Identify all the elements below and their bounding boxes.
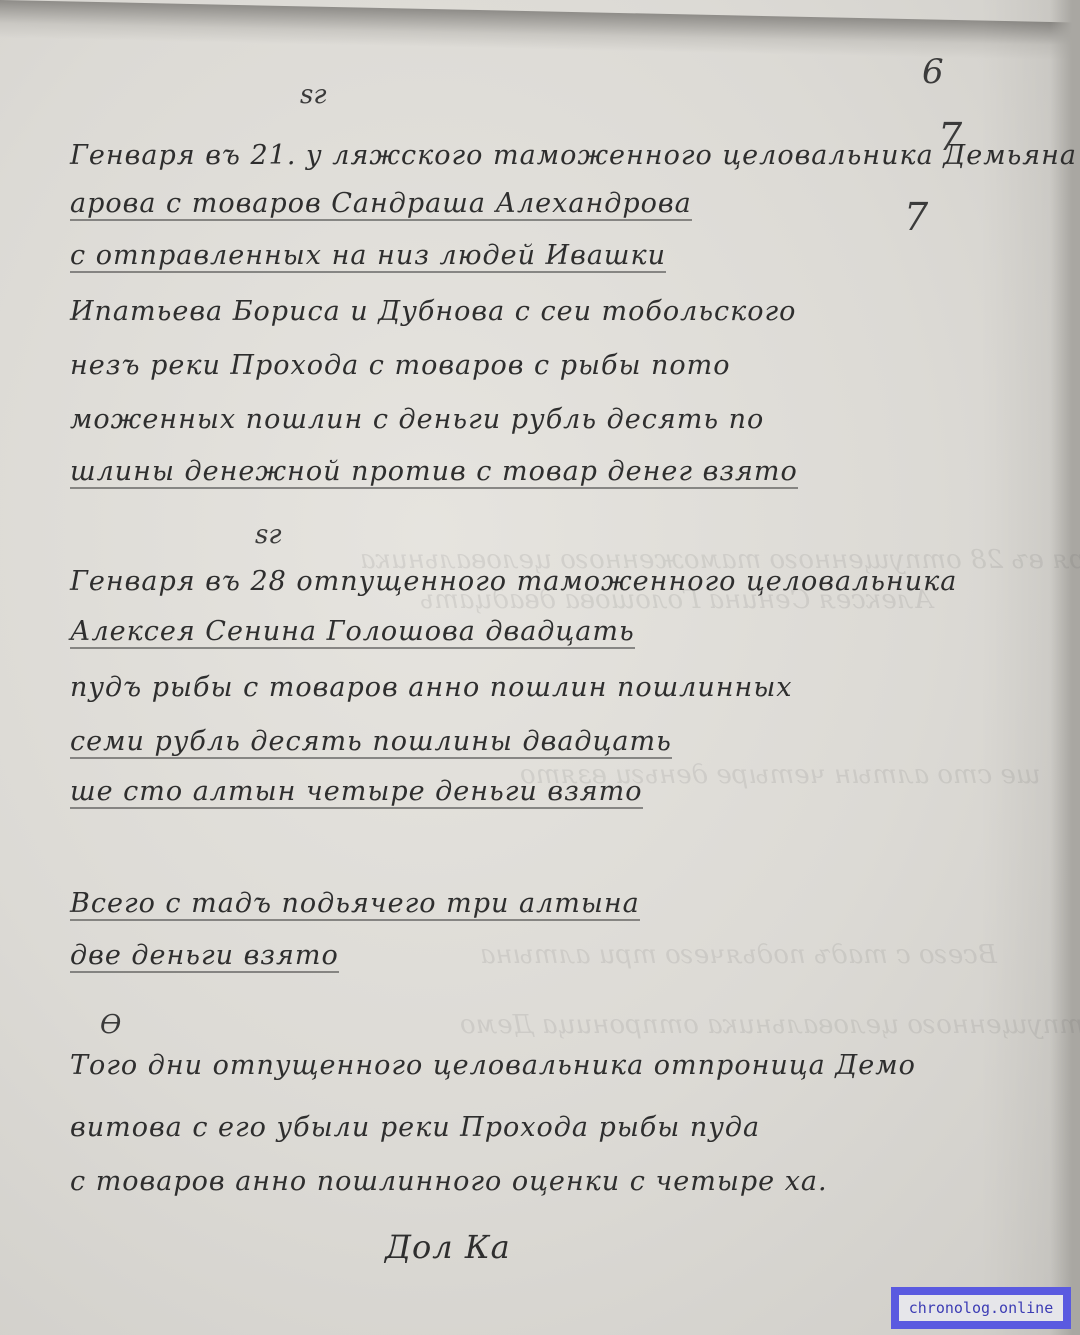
bleed-through-text: Всего с тадъ подьячего три алтына: [480, 940, 997, 970]
entry-header-mark: ѕг: [300, 80, 326, 110]
entry-1-line-6: моженных пошлин с деньги рубль десять по: [70, 404, 764, 435]
entry-4-line-3: с товаров анно пошлинного оценки с четыр…: [70, 1166, 828, 1197]
entry-header-mark: Ѳ: [100, 1010, 121, 1040]
entry-1-line-2: арова с товаров Сандраша Алехандрова: [70, 188, 692, 221]
folio-number: 7: [904, 195, 928, 239]
entry-4-line-2: витова с его убыли реки Прохода рыбы пуд…: [70, 1112, 760, 1143]
signature: Дол Ка: [385, 1228, 511, 1266]
entry-2-line-2: Алексея Сенина Голошова двадцать: [70, 616, 635, 649]
entry-header-mark: ѕг: [255, 520, 281, 550]
entry-1-line-7: шлины денежной против с товар денег взят…: [70, 456, 798, 489]
entry-2-line-1: Генваря въ 28 отпущенного таможенного це…: [70, 566, 957, 597]
watermark-badge: chronolog.online: [891, 1287, 1071, 1329]
entry-1-line-3: с отправленных на низ людей Ивашки: [70, 240, 666, 273]
page-right-edge: [980, 0, 1080, 1335]
watermark-text: chronolog.online: [899, 1295, 1063, 1321]
entry-1-line-5: незъ реки Прохода с товаров с рыбы пото: [70, 350, 731, 381]
entry-1-line-4: Ипатьева Бориса и Дубнова с сеи тобольск…: [70, 296, 796, 327]
entry-2-line-5: ше сто алтын четыре деньги взято: [70, 776, 643, 809]
manuscript-page: Генваря въ 28 отпущенного таможенного це…: [0, 0, 1072, 1335]
entry-3-line-2: две деньги взято: [70, 940, 339, 973]
entry-4-line-1: Того дни отпущенного целовальника отпрон…: [70, 1050, 916, 1081]
folio-number: 6: [922, 52, 944, 92]
entry-2-line-3: пудъ рыбы с товаров анно пошлин пошлинны…: [70, 672, 793, 703]
page-top-shadow: [0, 0, 1080, 61]
bleed-through-text: Того дни отпущенного целовальника отпрон…: [460, 1010, 1080, 1040]
entry-1-line-1: Генваря въ 21. у ляжского таможенного це…: [70, 140, 1080, 171]
entry-2-line-4: семи рубль десять пошлины двадцать: [70, 726, 672, 759]
entry-3-line-1: Всего с тадъ подьячего три алтына: [70, 888, 640, 921]
